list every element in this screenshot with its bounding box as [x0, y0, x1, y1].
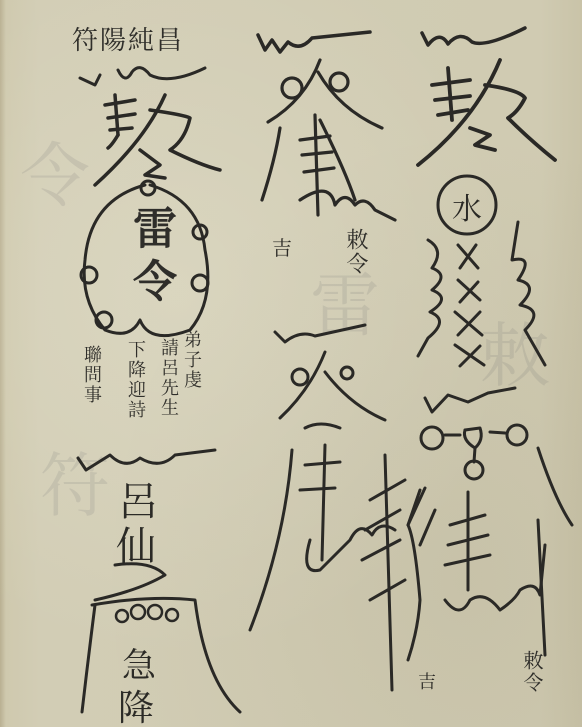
talisman-strokes: [0, 0, 582, 727]
tick-mark-stroke: [80, 75, 100, 85]
wave-stroke-middle: [258, 32, 370, 52]
right-talisman-lower: [408, 425, 572, 655]
manuscript-page: 令 雷 敕 符 昌純陽符 雷 令 弟子虔 請呂先生 下降迎詩 聯問事 呂 仙 急…: [0, 0, 582, 727]
chiling-glyph-left: [95, 95, 220, 185]
lei-ling-seal-oval: [81, 181, 208, 336]
curl-stroke: [95, 564, 165, 600]
wave-stroke: [118, 68, 205, 79]
wave-stroke-right-2: [425, 388, 515, 412]
wave-stroke-middle-2: [275, 325, 365, 342]
wave-stroke-bottom: [78, 450, 215, 470]
middle-talisman-1: [262, 60, 395, 220]
chiling-glyph-right: [418, 60, 555, 165]
wave-stroke-right: [422, 28, 525, 45]
water-circle-talisman: [418, 176, 545, 366]
middle-talisman-2: [250, 352, 420, 690]
triple-loop-stroke: [116, 605, 178, 622]
left-bell-stroke: [82, 605, 95, 712]
